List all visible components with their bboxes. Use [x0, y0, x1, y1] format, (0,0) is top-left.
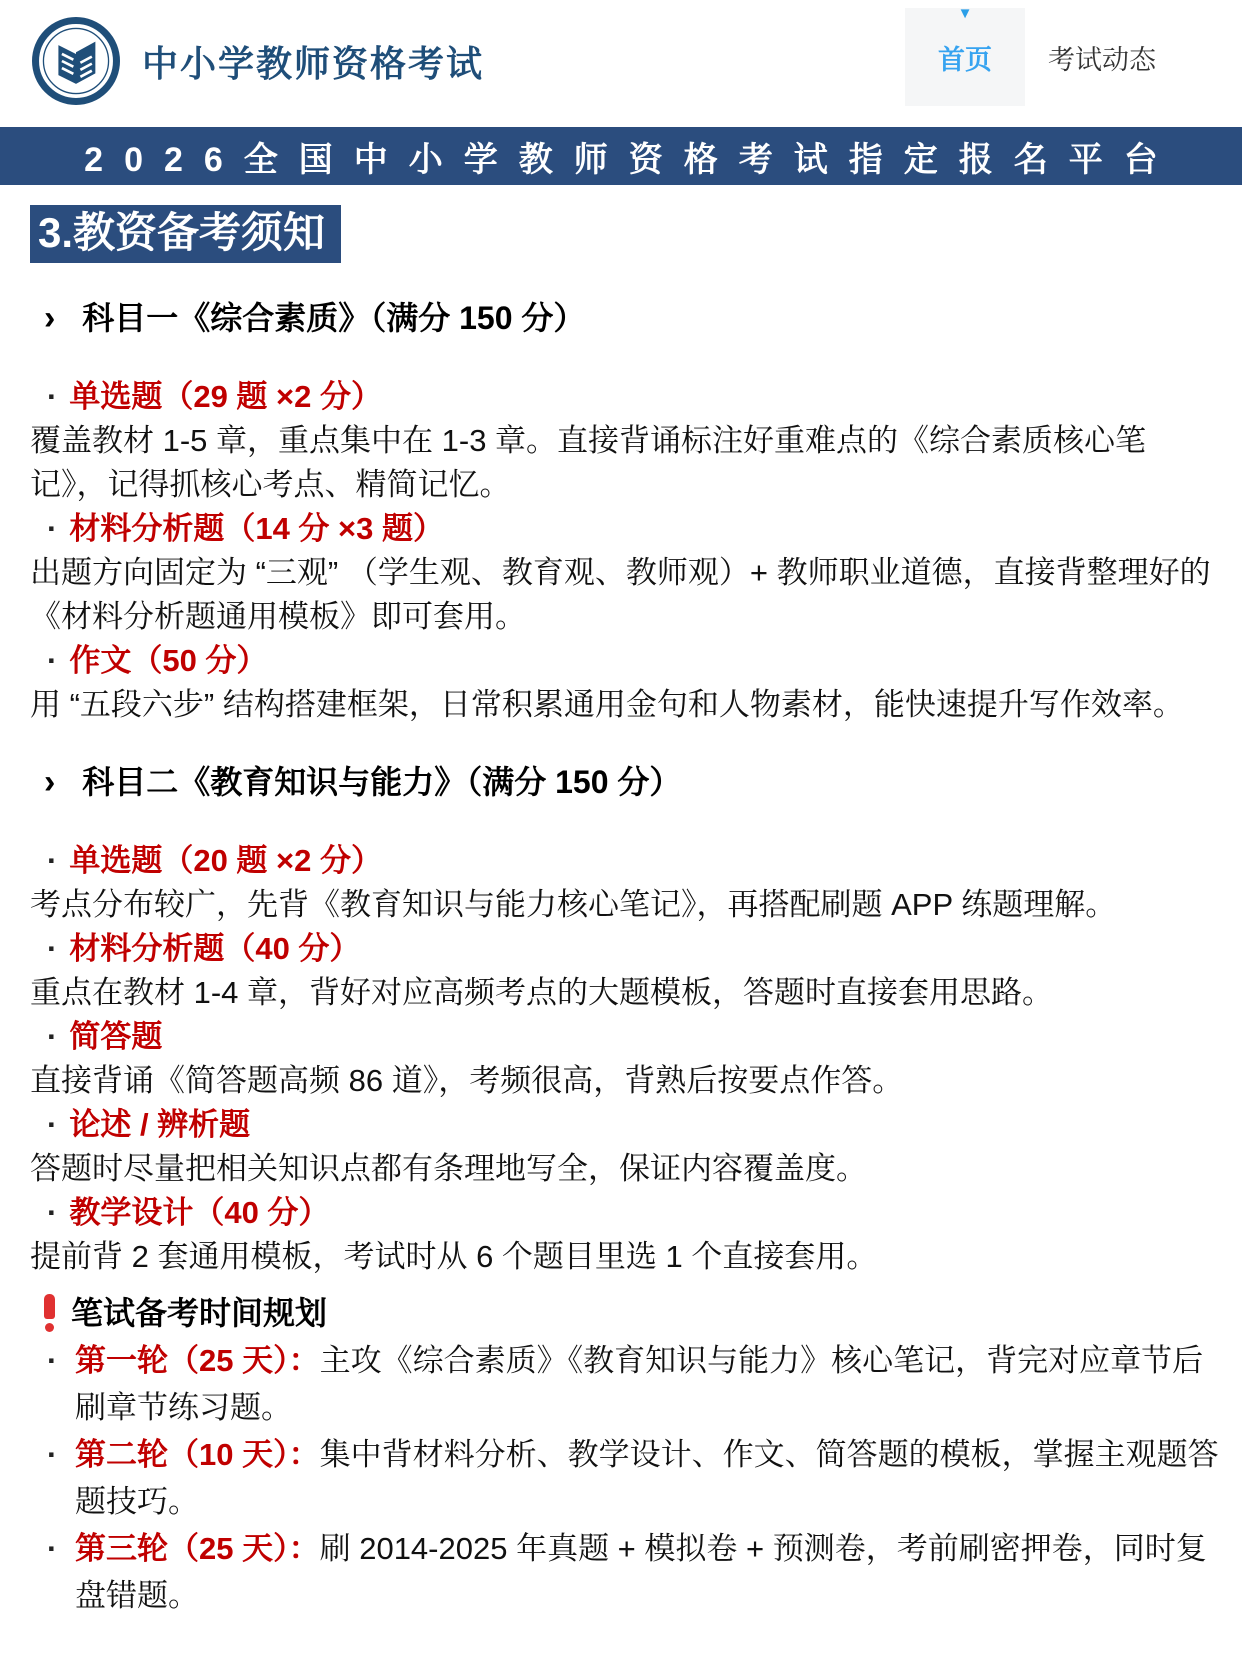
exam-item-heading-text: 教学设计（40 分） [69, 1195, 329, 1230]
nav-item-exam-news-label: 考试动态 [1048, 38, 1156, 77]
exam-item-heading: ·单选题（29 题 ×2 分） [30, 375, 1220, 419]
chevron-right-icon: › [44, 299, 55, 337]
chevron-right-icon: › [44, 763, 55, 801]
exclamation-icon [44, 1294, 55, 1332]
bullet-icon: · [47, 1525, 57, 1572]
bullet-icon: · [47, 511, 57, 546]
exam-item-heading: ·材料分析题（40 分） [30, 927, 1220, 971]
exam-item: ·材料分析题（14 分 ×3 题） 出题方向固定为 “三观” （学生观、教育观、… [30, 507, 1220, 639]
bullet-icon: · [47, 1337, 57, 1384]
subject-title-text: 科目一《综合素质》（满分 150 分） [82, 300, 585, 336]
exam-item-body: 提前背 2 套通用模板，考试时从 6 个题目里选 1 个直接套用。 [30, 1235, 1220, 1279]
plan-round: ·第三轮（25 天）：刷 2014-2025 年真题 + 模拟卷 + 预测卷，考… [75, 1525, 1220, 1619]
site-header: 中小学教师资格考试 ▼ 首页 考试动态 [0, 0, 1242, 122]
subject-section: › 科目一《综合素质》（满分 150 分） ·单选题（29 题 ×2 分） 覆盖… [30, 293, 1220, 727]
exam-item-heading: ·单选题（20 题 ×2 分） [30, 839, 1220, 883]
exam-item-body: 答题时尽量把相关知识点都有条理地写全，保证内容覆盖度。 [30, 1147, 1220, 1191]
nav-item-exam-news[interactable]: 考试动态 [1042, 8, 1162, 106]
exam-item: ·教学设计（40 分） 提前背 2 套通用模板，考试时从 6 个题目里选 1 个… [30, 1191, 1220, 1279]
exam-item: ·简答题 直接背诵《简答题高频 86 道》，考频很高，背熟后按要点作答。 [30, 1015, 1220, 1103]
exam-item: ·单选题（29 题 ×2 分） 覆盖教材 1-5 章，重点集中在 1-3 章。直… [30, 375, 1220, 507]
subject-section: › 科目二《教育知识与能力》（满分 150 分） ·单选题（20 题 ×2 分）… [30, 757, 1220, 1279]
bullet-icon: · [47, 1019, 57, 1054]
plan-round-label: 第三轮（25 天）： [75, 1531, 320, 1566]
exam-item-body: 考点分布较广，先背《教育知识与能力核心笔记》，再搭配刷题 APP 练题理解。 [30, 883, 1220, 927]
bullet-icon: · [47, 1195, 57, 1230]
exam-item-heading-text: 论述 / 辨析题 [69, 1107, 250, 1142]
nav-item-home-label: 首页 [938, 38, 992, 77]
study-plan: 笔试备考时间规划 ·第一轮（25 天）：主攻《综合素质》《教育知识与能力》核心笔… [30, 1289, 1220, 1619]
bullet-icon: · [47, 931, 57, 966]
page-title: 3.教资备考须知 [30, 205, 341, 263]
site-title: 中小学教师资格考试 [142, 36, 484, 87]
bullet-icon: · [47, 643, 57, 678]
exam-item: ·材料分析题（40 分） 重点在教材 1-4 章，背好对应高频考点的大题模板，答… [30, 927, 1220, 1015]
subject-sections: › 科目一《综合素质》（满分 150 分） ·单选题（29 题 ×2 分） 覆盖… [30, 293, 1220, 1279]
exam-item: ·单选题（20 题 ×2 分） 考点分布较广，先背《教育知识与能力核心笔记》，再… [30, 839, 1220, 927]
subject-title-text: 科目二《教育知识与能力》（满分 150 分） [82, 764, 681, 800]
study-plan-title: 笔试备考时间规划 [30, 1289, 1220, 1337]
exam-item-heading: ·简答题 [30, 1015, 1220, 1059]
plan-round-label: 第一轮（25 天）： [75, 1343, 320, 1378]
exam-item: ·作文（50 分） 用 “五段六步” 结构搭建框架，日常积累通用金句和人物素材，… [30, 639, 1220, 727]
main-content: 3.教资备考须知 › 科目一《综合素质》（满分 150 分） ·单选题（29 题… [0, 185, 1242, 1619]
promo-banner: 2026全国中小学教师资格考试指定报名平台 [0, 127, 1242, 185]
plan-round: ·第一轮（25 天）：主攻《综合素质》《教育知识与能力》核心笔记，背完对应章节后… [75, 1337, 1220, 1431]
exam-item-heading-text: 作文（50 分） [69, 643, 267, 678]
plan-round-label: 第二轮（10 天）： [75, 1437, 320, 1472]
exam-item-heading-text: 材料分析题（14 分 ×3 题） [69, 511, 444, 546]
exam-item-heading: ·作文（50 分） [30, 639, 1220, 683]
exam-item-heading: ·论述 / 辨析题 [30, 1103, 1220, 1147]
exam-item-body: 覆盖教材 1-5 章，重点集中在 1-3 章。直接背诵标注好重难点的《综合素质核… [30, 419, 1220, 507]
exam-item-body: 直接背诵《简答题高频 86 道》，考频很高，背熟后按要点作答。 [30, 1059, 1220, 1103]
subject-title: › 科目二《教育知识与能力》（满分 150 分） [30, 757, 1220, 803]
exam-item-body: 出题方向固定为 “三观” （学生观、教育观、教师观）+ 教师职业道德，直接背整理… [30, 551, 1220, 639]
nav-item-home[interactable]: ▼ 首页 [905, 8, 1025, 106]
bullet-icon: · [47, 843, 57, 878]
exam-item-heading: ·教学设计（40 分） [30, 1191, 1220, 1235]
study-plan-title-text: 笔试备考时间规划 [71, 1289, 327, 1337]
exam-item-heading-text: 简答题 [69, 1019, 162, 1054]
subject-title: › 科目一《综合素质》（满分 150 分） [30, 293, 1220, 339]
chevron-down-icon: ▼ [958, 6, 973, 21]
bullet-icon: · [47, 379, 57, 414]
bullet-icon: · [47, 1431, 57, 1478]
exam-item-body: 用 “五段六步” 结构搭建框架，日常积累通用金句和人物素材，能快速提升写作效率。 [30, 683, 1220, 727]
exam-item: ·论述 / 辨析题 答题时尽量把相关知识点都有条理地写全，保证内容覆盖度。 [30, 1103, 1220, 1191]
exam-item-heading-text: 单选题（29 题 ×2 分） [69, 379, 382, 414]
bullet-icon: · [47, 1107, 57, 1142]
exam-item-heading: ·材料分析题（14 分 ×3 题） [30, 507, 1220, 551]
study-plan-rounds: ·第一轮（25 天）：主攻《综合素质》《教育知识与能力》核心笔记，背完对应章节后… [30, 1337, 1220, 1619]
exam-item-heading-text: 材料分析题（40 分） [69, 931, 360, 966]
plan-round: ·第二轮（10 天）：集中背材料分析、教学设计、作文、简答题的模板，掌握主观题答… [75, 1431, 1220, 1525]
site-logo-icon [32, 17, 120, 105]
exam-item-body: 重点在教材 1-4 章，背好对应高频考点的大题模板，答题时直接套用思路。 [30, 971, 1220, 1015]
exam-item-heading-text: 单选题（20 题 ×2 分） [69, 843, 382, 878]
